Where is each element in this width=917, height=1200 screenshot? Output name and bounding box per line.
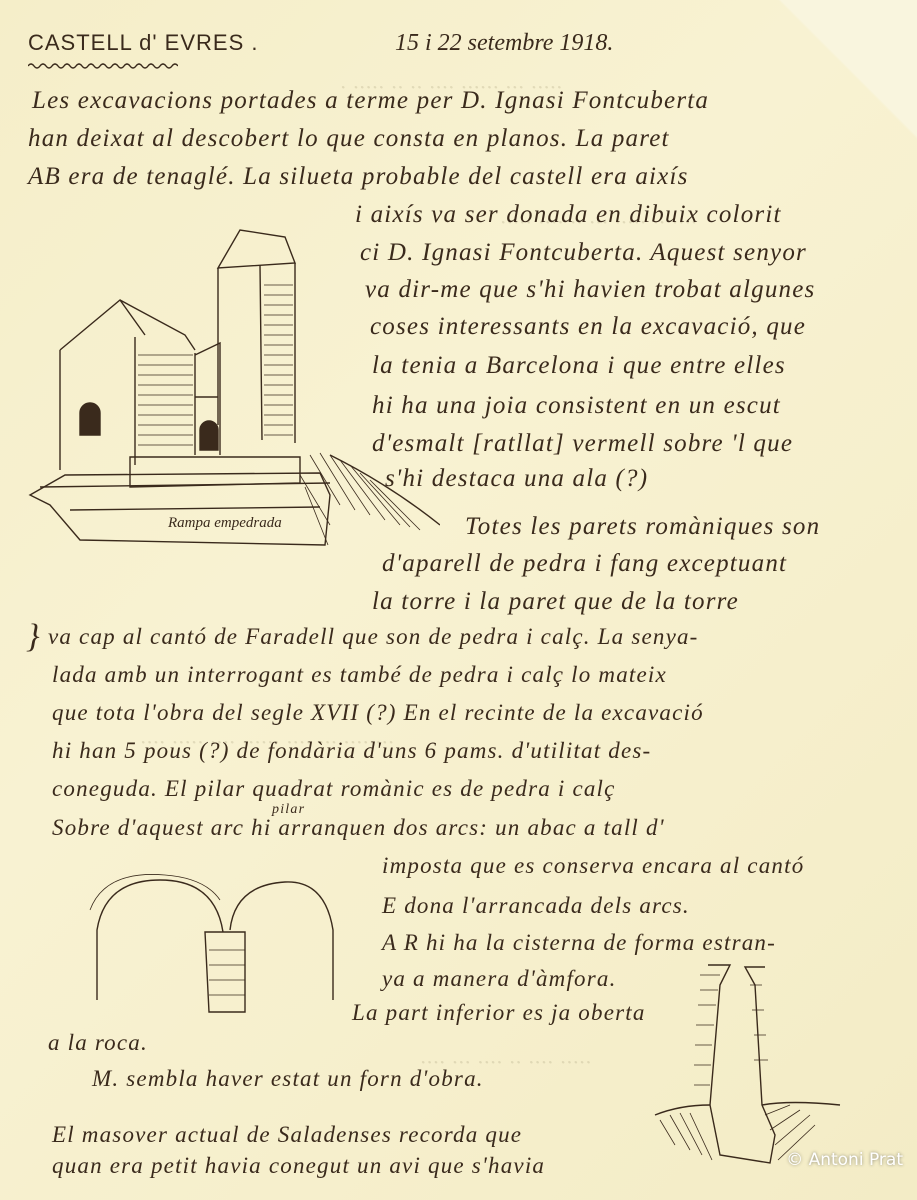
text-line: AB era de tenaglé. La silueta probable d… [28, 163, 689, 191]
manuscript-page: ····· ··· ······ ···· ·· ·· ····· · ····… [0, 0, 917, 1200]
text-line: Totes les parets romàniques son [465, 513, 820, 541]
page-corner-shading [737, 0, 917, 160]
text-line: Les excavacions portades a terme per D. … [32, 87, 709, 115]
text-line: hi han 5 pous (?) de fondària d'uns 6 pa… [52, 738, 651, 764]
arches-sketch [85, 870, 355, 1020]
text-line: que tota l'obra del segle XVII (?) En el… [52, 700, 704, 726]
text-line: va cap al cantó de Faradell que son de p… [48, 624, 699, 650]
text-line: imposta que es conserva encara al cantó [382, 853, 804, 879]
text-line: la torre i la paret que de la torre [372, 588, 739, 616]
castle-caption: Rampa empedrada [168, 515, 282, 532]
text-line: d'aparell de pedra i fang exceptuant [382, 550, 787, 578]
text-line: a la roca. [48, 1030, 148, 1056]
text-line: E dona l'arrancada dels arcs. [382, 893, 690, 919]
page-title: CASTELL d' EVRES . [28, 30, 258, 56]
text-line: han deixat al descobert lo que consta en… [28, 125, 670, 153]
text-line: La part inferior es ja oberta [352, 1000, 646, 1026]
text-line: Sobre d'aquest arc hi arranquen dos arcs… [52, 815, 665, 841]
text-line: El masover actual de Saladenses recorda … [52, 1122, 522, 1148]
text-line: lada amb un interrogant es també de pedr… [52, 662, 667, 688]
title-wavy-underline [28, 62, 178, 70]
page-date: 15 i 22 setembre 1918. [395, 30, 613, 57]
text-line: M. sembla haver estat un forn d'obra. [92, 1066, 484, 1092]
text-line: coneguda. El pilar quadrat romànic es de… [52, 776, 616, 802]
text-line: quan era petit havia conegut un avi que … [52, 1153, 545, 1179]
copyright-watermark: © Antoni Prat [786, 1150, 903, 1170]
margin-mark: } [26, 618, 41, 656]
text-line: ya a manera d'àmfora. [382, 966, 617, 992]
text-line: A R hi ha la cisterna de forma estran- [382, 930, 776, 956]
